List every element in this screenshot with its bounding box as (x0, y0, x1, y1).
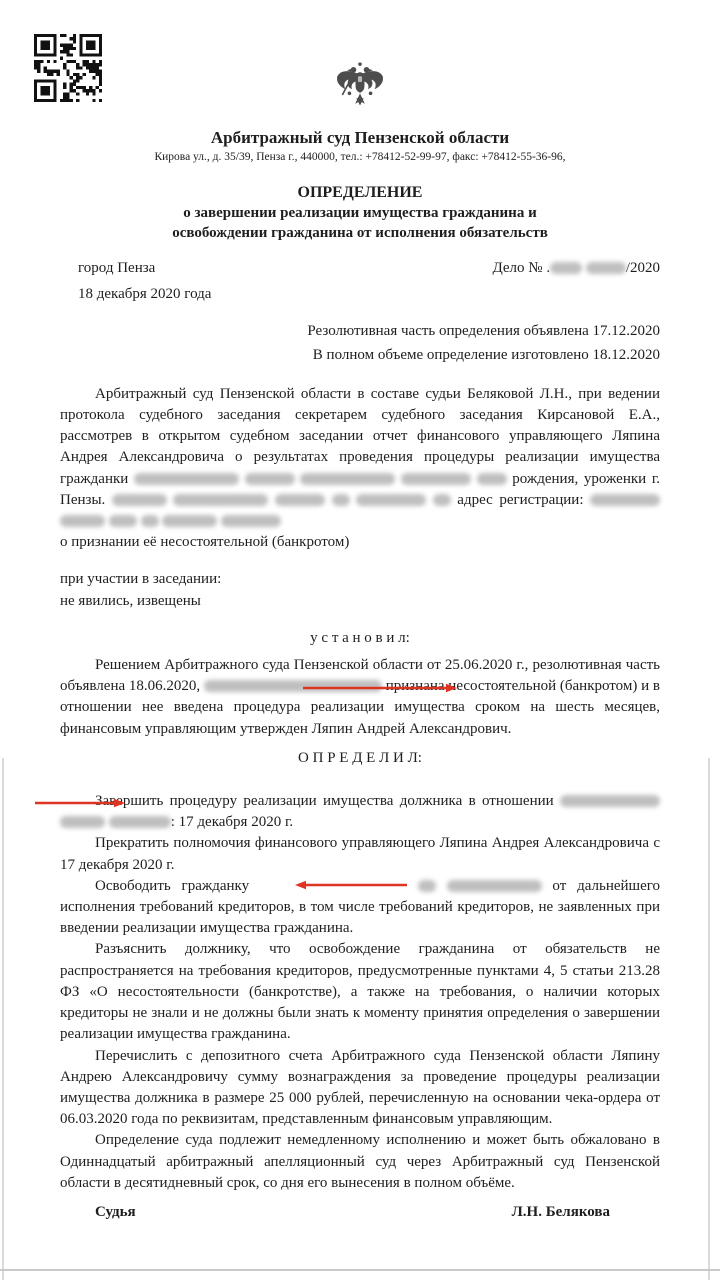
paragraph-intro: Арбитражный суд Пензенской области в сос… (60, 384, 660, 532)
case-number-suffix: /2020 (626, 260, 660, 276)
paragraph-transfer-fee: Перечислить с депозитного счета Арбитраж… (60, 1046, 660, 1131)
court-document-page: Арбитражный суд Пензенской области Киров… (0, 0, 720, 1280)
redacted-text (332, 494, 350, 506)
paragraph-participation: при участии в заседании: (60, 569, 660, 590)
redacted-text (134, 473, 239, 485)
heading-ustanovil: у с т а н о в и л: (60, 628, 660, 649)
document-title: ОПРЕДЕЛЕНИЕ (0, 182, 720, 203)
qr-code (32, 34, 104, 102)
redacted-text (162, 515, 217, 527)
red-arrow-left-icon (260, 877, 407, 889)
coat-of-arms-icon (334, 56, 386, 116)
paragraph-no-show: не явились, извещены (60, 591, 660, 612)
red-arrow-right-icon (0, 795, 90, 807)
redacted-case-number (586, 262, 626, 274)
redacted-text (356, 494, 426, 506)
court-address: Кирова ул., д. 35/39, Пенза г., 440000, … (0, 150, 720, 165)
redacted-text (433, 494, 451, 506)
court-name: Арбитражный суд Пензенской области (0, 128, 720, 148)
paragraph-appeal: Определение суда подлежит немедленному и… (60, 1130, 660, 1194)
redacted-text (109, 515, 137, 527)
left-edge-line (2, 758, 4, 1280)
redacted-text (477, 473, 507, 485)
redacted-text (590, 494, 660, 506)
redacted-text (418, 880, 436, 892)
spacer (60, 553, 660, 569)
redacted-text (60, 816, 105, 828)
heading-opredelil: О П Р Е Д Е Л И Л: (60, 748, 660, 769)
bottom-edge-line (0, 1269, 720, 1271)
redacted-text (401, 473, 471, 485)
document-flow: Арбитражный суд Пензенской области в сос… (60, 384, 660, 1194)
redacted-text (560, 795, 660, 807)
spacer (60, 612, 660, 628)
resolution-announced: Резолютивная часть определения объявлена… (60, 321, 660, 342)
right-edge-line (708, 758, 710, 1280)
paragraph-complete-procedure: Завершить процедуру реализации имущества… (60, 791, 660, 833)
case-info-row: город Пенза Дело № . /2020 (60, 258, 660, 279)
paragraph-decision: Решением Арбитражного суда Пензенской об… (60, 655, 660, 740)
redacted-text (60, 515, 105, 527)
case-city: город Пенза (78, 258, 155, 279)
redacted-text (109, 816, 171, 828)
document-subtitle-line1: о завершении реализации имущества гражда… (0, 203, 720, 223)
redacted-text (245, 473, 295, 485)
eagle-svg (334, 56, 386, 116)
paragraph-clarify-debtor: Разъяснить должнику, что освобождение гр… (60, 939, 660, 1045)
redacted-text (204, 680, 382, 692)
redacted-case-number (550, 262, 582, 274)
redacted-text (275, 494, 325, 506)
document-subtitle-line2: освобождении гражданина от исполнения об… (0, 223, 720, 243)
case-date: 18 декабря 2020 года (60, 284, 660, 305)
resolution-made: В полном объеме определение изготовлено … (60, 345, 660, 366)
red-arrow-right-icon (268, 680, 457, 692)
case-number: Дело № . /2020 (492, 258, 660, 279)
paragraph-terminate-powers: Прекратить полномочия финансового управл… (60, 833, 660, 875)
redacted-text (173, 494, 268, 506)
redacted-text (221, 515, 281, 527)
spacer (60, 740, 660, 748)
paragraph-release-citizen: Освободить гражданку от дальнейшего испо… (60, 876, 660, 940)
paragraph-recognition: о признании её несостоятельной (банкрото… (60, 532, 660, 553)
signature-row: Судья Л.Н. Белякова (60, 1202, 660, 1223)
redacted-text (447, 880, 542, 892)
signature-role: Судья (95, 1202, 136, 1223)
redacted-text (300, 473, 395, 485)
signature-name: Л.Н. Белякова (512, 1202, 610, 1223)
redacted-text (141, 515, 159, 527)
case-number-prefix: Дело № . (492, 260, 550, 276)
document-title-block: ОПРЕДЕЛЕНИЕ о завершении реализации имущ… (0, 182, 720, 243)
spacer (60, 769, 660, 791)
redacted-text (112, 494, 167, 506)
